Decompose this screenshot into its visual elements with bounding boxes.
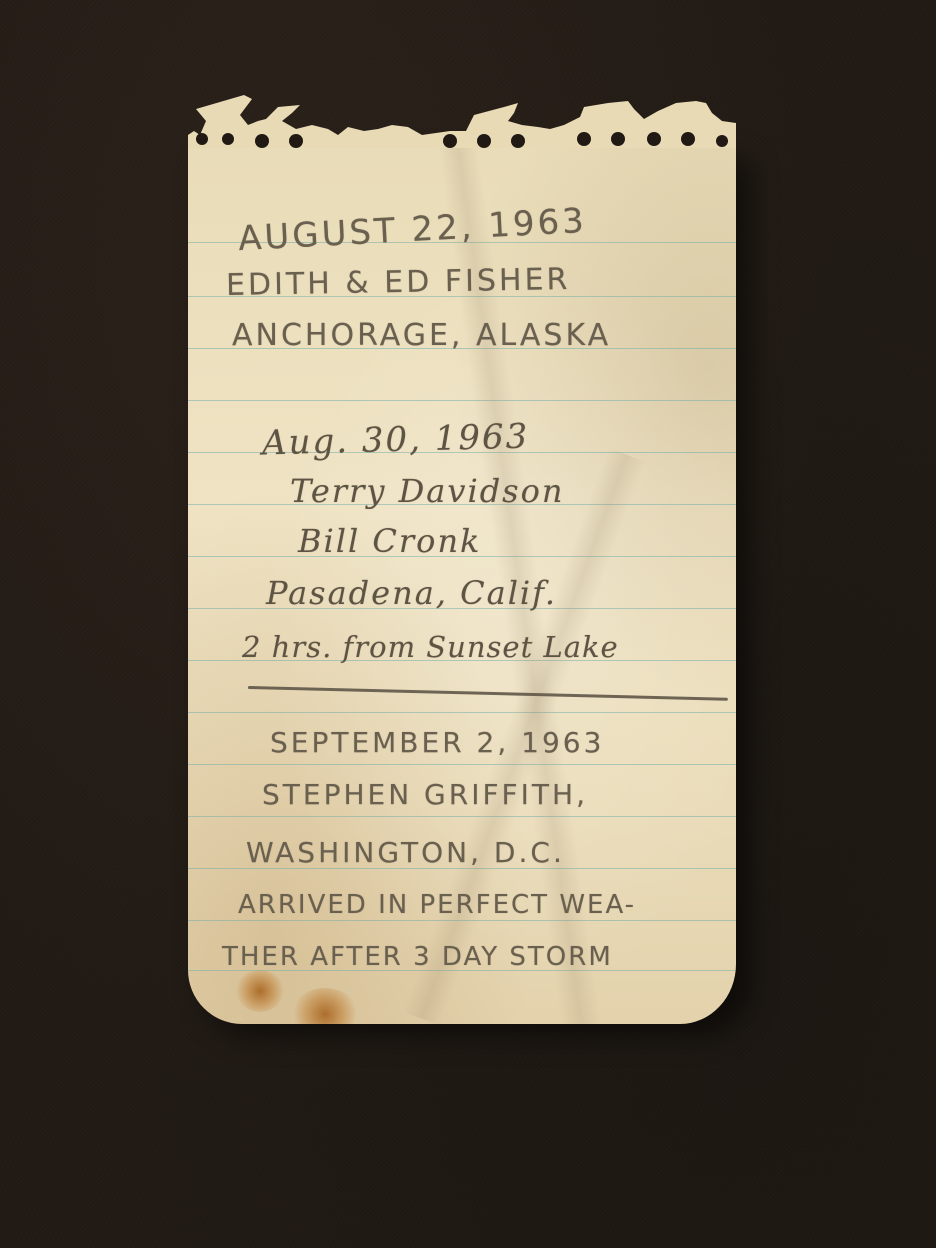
entry-1-names: EDITH & ED FISHER: [226, 262, 571, 303]
torn-spiral-edge: [188, 95, 736, 155]
entry-3-remark-2: THER AFTER 3 DAY STORM: [222, 942, 613, 972]
ruled-line: [188, 764, 736, 765]
entry-2-place: Pasadena, Calif.: [266, 574, 557, 612]
entry-2-name-1: Terry Davidson: [290, 472, 564, 510]
rust-stain: [292, 988, 358, 1024]
ruled-line: [188, 712, 736, 713]
entry-3-place: WASHINGTON, D.C.: [246, 836, 565, 869]
entry-3-remark-1: ARRIVED IN PERFECT WEA-: [238, 890, 636, 920]
entry-1-place: ANCHORAGE, ALASKA: [232, 318, 611, 353]
entry-2-name-2: Bill Cronk: [298, 522, 481, 560]
entry-2-date: Aug. 30, 1963: [262, 417, 530, 464]
ruled-line: [188, 400, 736, 401]
ruled-line: [188, 816, 736, 817]
rust-stain: [236, 970, 284, 1012]
entry-2-remark: 2 hrs. from Sunset Lake: [242, 630, 619, 664]
entry-3-name: STEPHEN GRIFFITH,: [262, 778, 588, 811]
entry-3-date: SEPTEMBER 2, 1963: [270, 726, 604, 759]
